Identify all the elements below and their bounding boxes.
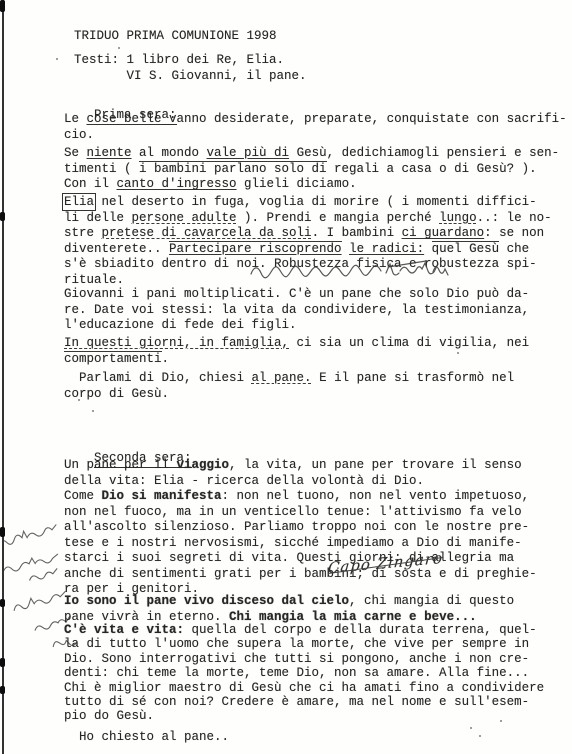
- text-segment: al pane.: [252, 371, 312, 385]
- document-title: TRIDUO PRIMA COMUNIONE 1998: [74, 29, 572, 45]
- text-segment: Se: [64, 146, 87, 160]
- paragraph-giovanni-pani: Giovanni i pani moltiplicati. C'è un pan…: [64, 287, 572, 334]
- scan-blob: [0, 686, 5, 694]
- text-segment: quella del corpo e della durata terrena,…: [64, 623, 544, 723]
- text-segment: cose belle: [87, 112, 162, 126]
- text-segment: : non nel tuono, non nel vento impetuoso…: [64, 489, 537, 596]
- text-segment: Io sono il pane vivo disceso dal cielo: [64, 594, 349, 608]
- scan-dot: [118, 47, 120, 49]
- text-segment: Le: [64, 112, 87, 126]
- scanned-document-page: TRIDUO PRIMA COMUNIONE 1998 Testi: 1 lib…: [0, 0, 572, 754]
- text-segment: pretese di cavarcela da soli: [102, 226, 312, 240]
- scan-blob: [0, 658, 5, 667]
- text-segment: [342, 242, 350, 256]
- paragraph-parlami-di-dio: Parlami di Dio, chiesi al pane. E il pan…: [64, 371, 572, 402]
- handwritten-inline-scribble: [248, 258, 453, 284]
- scan-dot: [92, 410, 94, 412]
- text-segment: Giovanni i pani moltiplicati. C'è un pan…: [64, 287, 529, 332]
- text-segment: canto d'ingresso: [117, 177, 237, 191]
- paragraph-ho-chiesto: Ho chiesto al pane..: [64, 730, 572, 746]
- text-segment: Un pane per il: [64, 458, 177, 472]
- text-segment: C'è vita e vita:: [64, 623, 184, 637]
- text-segment: vale più di: [207, 146, 290, 160]
- text-segment: .: [162, 352, 170, 366]
- text-segment: viaggio: [177, 458, 230, 472]
- paragraph-niente-al-mondo: Se niente al mondo vale più di Gesù, ded…: [64, 146, 572, 193]
- text-segment: [424, 242, 432, 256]
- paragraph-io-sono-il-pane: Io sono il pane vivo disceso dal cielo, …: [64, 594, 572, 625]
- text-segment: Parlami di Dio, chiesi: [64, 371, 252, 385]
- paragraph-cose-belle: Le cose belle vanno desiderate, preparat…: [64, 112, 572, 143]
- scan-blob: [0, 212, 5, 221]
- scan-dot: [56, 58, 58, 60]
- paragraph-ce-vita-e-vita: C'è vita e vita: quella del corpo e dell…: [64, 623, 572, 724]
- scan-blob: [0, 0, 5, 12]
- texts-reference: Testi: 1 libro dei Re, Elia. VI S. Giova…: [74, 53, 572, 84]
- text-segment: comportamenti: [64, 351, 162, 366]
- text-segment: i bambini parlano solo di: [139, 161, 327, 176]
- paragraph-in-questi-giorni: In questi giorni, in famiglia, ci sia un…: [64, 336, 572, 367]
- text-segment: glieli diciamo.: [237, 177, 357, 191]
- text-segment: In questi giorni, in famiglia,: [64, 336, 289, 350]
- text-segment: lungo: [439, 211, 477, 225]
- text-segment: Chi mangia la mia carne e beve...: [229, 610, 477, 624]
- text-segment: Elia: [64, 195, 94, 209]
- text-segment: le radici:: [349, 242, 424, 256]
- text-segment: ). Prendi e mangia perché: [237, 211, 440, 225]
- text-segment: quel Gesù: [432, 241, 500, 256]
- text-segment: Partecipare riscoprendo: [169, 241, 342, 256]
- text-segment: . I bambini: [312, 226, 402, 240]
- text-segment: niente: [87, 146, 132, 160]
- paragraph-un-pane-viaggio: Un pane per il viaggio, la vita, un pane…: [64, 458, 572, 598]
- text-segment: ci guardano: [402, 226, 485, 240]
- text-segment: Dio si manifesta: [102, 489, 222, 503]
- scan-dot: [470, 727, 472, 729]
- text-segment: al mondo: [132, 146, 207, 160]
- text-segment: persone adulte: [132, 211, 237, 225]
- text-segment: ci sia un clima di vigilia, nei: [289, 336, 529, 350]
